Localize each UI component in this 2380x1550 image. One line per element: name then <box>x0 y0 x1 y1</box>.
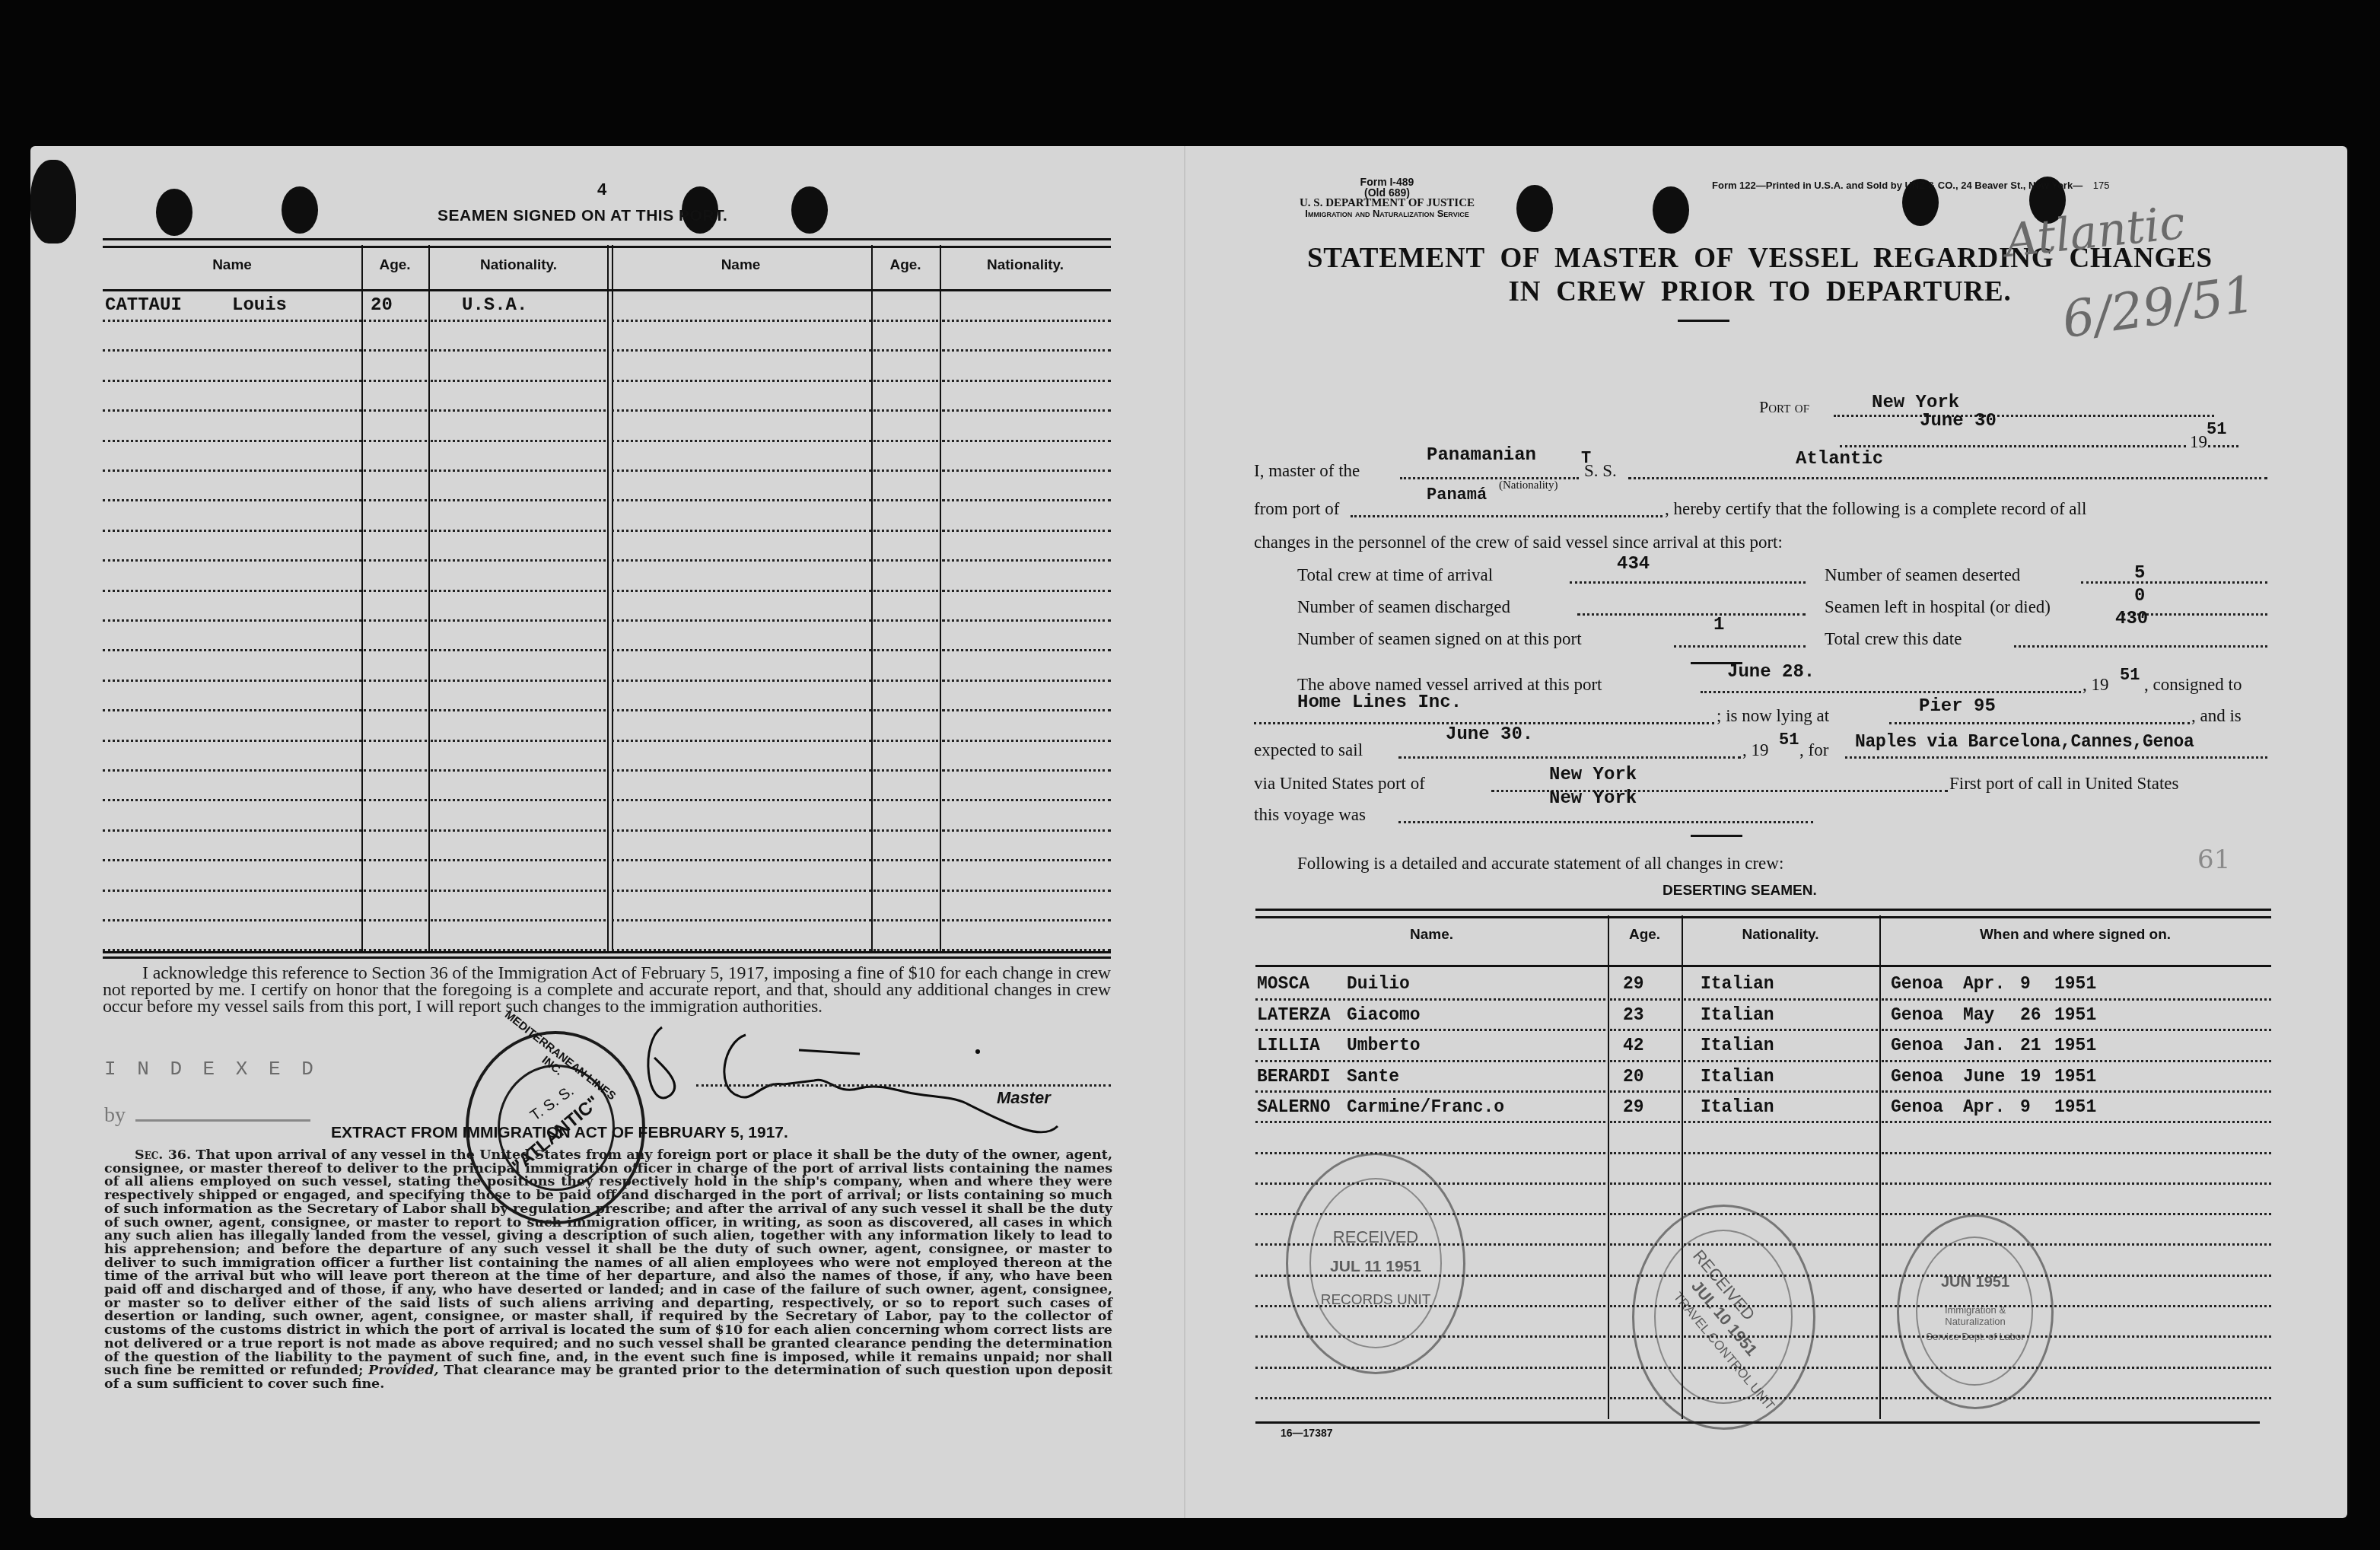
row-rule <box>103 919 361 921</box>
row-rule <box>1882 1060 2271 1062</box>
row-rule <box>873 559 938 562</box>
row-rule <box>1882 998 2271 1001</box>
row-rule <box>431 469 606 472</box>
row-rule <box>873 619 938 622</box>
row-rule <box>431 320 606 322</box>
deserter-surname: BERARDI <box>1257 1067 1331 1087</box>
row-rule <box>1610 1090 1680 1093</box>
row-rule <box>942 859 1111 861</box>
row-rule <box>942 559 1111 562</box>
punch-hole <box>1516 185 1553 232</box>
row-rule <box>431 530 606 532</box>
row-rule <box>103 559 361 562</box>
from-port-line <box>1351 515 1662 517</box>
row-rule <box>873 890 938 892</box>
row-rule <box>364 649 427 651</box>
row-rule <box>103 619 361 622</box>
row-rule <box>942 409 1111 412</box>
consignee-value: Home Lines Inc. <box>1297 692 1462 713</box>
column-header-name: Name <box>103 257 361 274</box>
punch-hole <box>282 186 318 234</box>
row-rule <box>873 740 938 742</box>
footer-code: 16—17387 <box>1281 1427 1333 1439</box>
row-rule <box>1610 1182 1680 1185</box>
row-rule <box>612 440 871 442</box>
deserter-year: 1951 <box>2054 1097 2096 1117</box>
signed-on-section-title: SEAMEN SIGNED ON AT THIS PORT. <box>437 207 727 225</box>
deserter-given-name: Umberto <box>1347 1036 1421 1055</box>
deserter-given-name: Sante <box>1347 1067 1399 1087</box>
stamp-unit: RECORDS UNIT <box>1288 1292 1463 1309</box>
deserter-place: Genoa <box>1891 1097 1943 1117</box>
arrival-year: 51 <box>2120 666 2140 685</box>
row-rule <box>612 320 871 322</box>
column-header-name: Name. <box>1255 927 1608 944</box>
stamp-received: RECEIVED <box>1288 1227 1463 1247</box>
printer-text: Form 122—Printed in U.S.A. and Sold by U… <box>1712 180 2082 191</box>
following-text: Following is a detailed and accurate sta… <box>1297 854 1783 874</box>
lying-label: ; is now lying at <box>1717 706 1829 726</box>
row-rule <box>942 919 1111 921</box>
row-rule <box>103 799 361 801</box>
deserter-surname: MOSCA <box>1257 974 1309 994</box>
row-rule <box>431 499 606 501</box>
row-rule <box>103 469 361 472</box>
row-rule <box>612 530 871 532</box>
row-rule <box>612 499 871 501</box>
extract-body: Sec. 36. That upon arrival of any vessel… <box>104 1149 1112 1392</box>
row-rule <box>103 709 361 711</box>
row-rule <box>1684 1182 1878 1185</box>
row-rule <box>873 859 938 861</box>
indexed-stamp: I N D E X E D <box>104 1058 318 1081</box>
header-rule <box>103 289 1111 291</box>
column-header-signed-on: When and where signed on. <box>1879 927 2271 944</box>
row-rule <box>1684 1152 1878 1154</box>
row-rule <box>1255 1090 1605 1093</box>
column-divider <box>361 245 363 951</box>
for-label: , for <box>1799 740 1828 760</box>
row-rule <box>364 709 427 711</box>
vessel-name: Atlantic <box>1796 449 1883 469</box>
row-rule <box>873 320 938 322</box>
deserter-nationality: Italian <box>1701 1036 1774 1055</box>
row-rule <box>431 559 606 562</box>
deserter-surname: LILLIA <box>1257 1036 1320 1055</box>
deserter-age: 23 <box>1623 1005 1644 1025</box>
arrival-year-prefix: , 19 <box>2082 675 2109 695</box>
column-header-age: Age. <box>1608 927 1682 944</box>
row-rule <box>364 440 427 442</box>
deserter-given-name: Duilio <box>1347 974 1410 994</box>
punch-hole <box>156 189 192 236</box>
deserter-place: Genoa <box>1891 974 1943 994</box>
row-rule <box>873 349 938 352</box>
deserter-given-name: Giacomo <box>1347 1005 1421 1025</box>
and-is-label: , and is <box>2191 706 2242 726</box>
row-rule <box>1684 1121 1878 1123</box>
row-rule <box>103 740 361 742</box>
form-department: U. S. DEPARTMENT OF JUSTICE <box>1254 198 1520 208</box>
row-rule <box>942 499 1111 501</box>
row-rule <box>612 709 871 711</box>
row-rule <box>873 769 938 772</box>
stamp-date: JUN 1951 <box>1899 1274 2051 1291</box>
deserter-day: 21 <box>2020 1036 2041 1055</box>
row-rule <box>873 409 938 412</box>
row-rule <box>1882 1213 2271 1215</box>
master-of-label: I, master of the <box>1254 461 1360 481</box>
row-rule <box>103 409 361 412</box>
row-rule <box>942 769 1111 772</box>
row-rule <box>942 619 1111 622</box>
row-rule <box>942 530 1111 532</box>
row-rule <box>431 919 606 921</box>
row-rule <box>364 380 427 382</box>
row-rule <box>612 769 871 772</box>
deserter-year: 1951 <box>2054 974 2096 994</box>
column-divider <box>1608 915 1609 1419</box>
row-rule <box>942 799 1111 801</box>
row-rule <box>942 440 1111 442</box>
sail-year-prefix: , 19 <box>1742 740 1769 760</box>
deserter-place: Genoa <box>1891 1036 1943 1055</box>
deserter-nationality: Italian <box>1701 1067 1774 1087</box>
stat-line <box>1674 645 1806 648</box>
row-rule <box>364 499 427 501</box>
row-rule <box>612 680 871 682</box>
deserter-month: May <box>1963 1005 1994 1025</box>
deserting-header-rule <box>1255 965 2271 967</box>
vessel-prefix: S. S. <box>1584 461 1617 481</box>
row-rule <box>1882 1182 2271 1185</box>
row-rule <box>873 799 938 801</box>
row-rule <box>873 440 938 442</box>
row-rule <box>612 349 871 352</box>
row-rule <box>431 590 606 592</box>
row-rule <box>103 829 361 832</box>
title-underline <box>1678 320 1729 322</box>
row-rule <box>612 380 871 382</box>
row-rule <box>364 890 427 892</box>
received-stamp-records-unit: RECEIVED JUL 11 1951 RECORDS UNIT <box>1286 1153 1465 1374</box>
table-bottom-rule <box>103 951 1111 959</box>
total-today-value: 430 <box>2115 609 2148 629</box>
form-service: Immigration and Naturalization Service <box>1254 208 1520 219</box>
row-rule <box>103 530 361 532</box>
row-rule <box>612 649 871 651</box>
deserter-nationality: Italian <box>1701 1005 1774 1025</box>
column-divider <box>940 245 941 951</box>
row-rule <box>364 829 427 832</box>
deserter-age: 29 <box>1623 974 1644 994</box>
acknowledgment-text: I acknowledge this reference to Section … <box>103 965 1111 1015</box>
total-today-label: Total crew this date <box>1825 629 1962 649</box>
deserted-value: 5 <box>2134 563 2145 584</box>
row-rule <box>1882 1090 2271 1093</box>
seaman-age: 20 <box>371 295 393 316</box>
sail-line <box>1398 756 1741 759</box>
row-rule <box>612 890 871 892</box>
row-rule <box>612 409 871 412</box>
lying-at-value: Pier 95 <box>1919 696 1996 717</box>
row-rule <box>942 349 1111 352</box>
row-rule <box>103 499 361 501</box>
row-rule <box>1610 1121 1680 1123</box>
row-rule <box>942 829 1111 832</box>
row-rule <box>942 320 1111 322</box>
column-header-age: Age. <box>871 257 940 274</box>
row-rule <box>431 649 606 651</box>
deserter-nationality: Italian <box>1701 1097 1774 1117</box>
row-rule <box>1684 998 1878 1001</box>
row-rule <box>431 619 606 622</box>
punch-hole <box>30 160 76 243</box>
row-rule <box>942 649 1111 651</box>
row-rule <box>364 799 427 801</box>
row-rule <box>1255 1367 1605 1369</box>
destination-value: Naples via Barcelona,Cannes,Genoa <box>1855 732 2194 752</box>
stamp-dept: Service Dept. of Labor <box>1922 1331 2028 1342</box>
signed-on-value: 1 <box>1713 615 1724 635</box>
row-rule <box>364 769 427 772</box>
voyage-line <box>1398 821 1813 823</box>
row-rule <box>364 740 427 742</box>
by-label: by <box>104 1103 310 1128</box>
first-port-value: New York <box>1549 788 1637 809</box>
row-rule <box>103 440 361 442</box>
form-old-number: (Old 689) <box>1254 187 1520 198</box>
row-rule <box>942 380 1111 382</box>
via-label: via United States port of <box>1254 774 1425 794</box>
row-rule <box>873 530 938 532</box>
row-rule <box>103 590 361 592</box>
total-crew-arrival-label: Total crew at time of arrival <box>1297 565 1493 585</box>
row-rule <box>1255 1121 1605 1123</box>
row-rule <box>612 740 871 742</box>
row-rule <box>942 890 1111 892</box>
deserting-section-title: DESERTING SEAMEN. <box>1662 883 1817 899</box>
by-underline <box>135 1119 310 1122</box>
sail-label: expected to sail <box>1254 740 1363 760</box>
row-rule <box>431 349 606 352</box>
deserter-day: 19 <box>2020 1067 2041 1087</box>
from-port-value: Panamá <box>1427 485 1487 504</box>
row-rule <box>612 590 871 592</box>
port-of-label: Port of <box>1759 397 1809 417</box>
printer-line: Form 122—Printed in U.S.A. and Sold by U… <box>1712 180 2109 191</box>
row-rule <box>431 740 606 742</box>
row-rule <box>612 859 871 861</box>
row-rule <box>431 709 606 711</box>
deserted-label: Number of seamen deserted <box>1825 565 2020 585</box>
row-rule <box>942 469 1111 472</box>
row-rule <box>103 859 361 861</box>
row-rule <box>431 829 606 832</box>
deserter-day: 9 <box>2020 1097 2031 1117</box>
first-port-label: First port of call in United States <box>1949 774 2179 794</box>
vessel-nationality: Panamanian <box>1427 445 1536 466</box>
stat-line <box>1577 613 1806 616</box>
row-rule <box>873 680 938 682</box>
row-rule <box>873 590 938 592</box>
row-rule <box>942 740 1111 742</box>
row-rule <box>1610 1152 1680 1154</box>
seaman-surname: CATTAUI <box>105 295 182 316</box>
deserter-surname: LATERZA <box>1257 1005 1331 1025</box>
row-rule <box>364 680 427 682</box>
row-rule <box>364 409 427 412</box>
row-rule <box>1882 1121 2271 1123</box>
deserter-year: 1951 <box>2054 1005 2096 1025</box>
deserter-age: 20 <box>1623 1067 1644 1087</box>
row-rule <box>364 349 427 352</box>
page-number: 4 <box>597 180 606 199</box>
arrival-line <box>1701 691 2081 693</box>
row-rule <box>103 649 361 651</box>
row-rule <box>103 769 361 772</box>
row-rule <box>1882 1029 2271 1031</box>
row-rule <box>1255 1029 1605 1031</box>
row-rule <box>612 919 871 921</box>
deserter-year: 1951 <box>2054 1067 2096 1087</box>
via-port-value: New York <box>1549 765 1637 785</box>
row-rule <box>873 709 938 711</box>
deserter-day: 9 <box>2020 974 2031 994</box>
certify-text: , hereby certify that the following is a… <box>1665 499 2086 519</box>
signed-on-label: Number of seamen signed on at this port <box>1297 629 1582 649</box>
row-rule <box>1255 1152 1605 1154</box>
port-line <box>1834 415 2214 417</box>
extract-body-text: That upon arrival of any vessel in the U… <box>104 1147 1112 1378</box>
stat-line <box>1570 581 1806 584</box>
port-value: New York <box>1872 393 1959 413</box>
discharged-label: Number of seamen discharged <box>1297 597 1510 617</box>
row-rule <box>1610 998 1680 1001</box>
row-rule <box>873 649 938 651</box>
row-rule <box>1684 1060 1878 1062</box>
stat-line <box>2014 645 2267 648</box>
column-header-nationality: Nationality. <box>428 257 609 274</box>
deserter-surname: SALERNO <box>1257 1097 1331 1117</box>
row-rule <box>103 349 361 352</box>
row-rule <box>1610 1029 1680 1031</box>
form-block: Form I-489 (Old 689) U. S. DEPARTMENT OF… <box>1254 177 1520 219</box>
row-rule <box>1255 1060 1605 1062</box>
deserter-month: Apr. <box>1963 1097 2005 1117</box>
row-rule <box>364 320 427 322</box>
column-header-nationality: Nationality. <box>1682 927 1879 944</box>
received-stamp-travel-control: RECEIVED JUL 10 1951 TRAVEL CONTROL UNIT <box>1632 1205 1815 1430</box>
deserter-month: Apr. <box>1963 974 2005 994</box>
row-rule <box>364 919 427 921</box>
row-rule <box>1684 1029 1878 1031</box>
row-rule <box>612 799 871 801</box>
deserter-month: Jan. <box>1963 1036 2005 1055</box>
row-rule <box>431 799 606 801</box>
row-rule <box>431 680 606 682</box>
year-prefix: 19 <box>2190 432 2207 452</box>
nationality-caption: (Nationality) <box>1499 479 1557 492</box>
row-rule <box>612 829 871 832</box>
row-rule <box>431 769 606 772</box>
destination-line <box>1845 756 2267 759</box>
row-rule <box>1255 1397 1605 1399</box>
extract-title: EXTRACT FROM IMMIGRATION ACT OF FEBRUARY… <box>331 1124 788 1142</box>
sail-date: June 30. <box>1446 724 1533 745</box>
deserter-place: Genoa <box>1891 1005 1943 1025</box>
sail-year: 51 <box>1779 730 1799 750</box>
stat-line <box>2081 581 2267 584</box>
deserter-year: 1951 <box>2054 1036 2096 1055</box>
year-line <box>2208 445 2238 447</box>
row-rule <box>942 680 1111 682</box>
seaman-nationality: U.S.A. <box>462 295 527 316</box>
from-port-label: from port of <box>1254 499 1339 519</box>
row-rule <box>873 469 938 472</box>
deserter-given-name: Carmine/Franc.o <box>1347 1097 1504 1117</box>
deserter-nationality: Italian <box>1701 974 1774 994</box>
statement-date: June 30 <box>1920 411 1997 431</box>
row-rule <box>103 380 361 382</box>
punch-hole <box>791 186 828 234</box>
column-header-nationality: Nationality. <box>940 257 1111 274</box>
row-rule <box>612 469 871 472</box>
row-rule <box>1610 1060 1680 1062</box>
pencil-number: 61 <box>2197 845 2230 875</box>
row-rule <box>942 590 1111 592</box>
section-divider <box>1691 835 1742 837</box>
row-rule <box>431 440 606 442</box>
consigned-label: , consigned to <box>2144 675 2242 695</box>
stamp-date: JUL 11 1951 <box>1288 1258 1463 1276</box>
seaman-given-name: Louis <box>232 295 287 316</box>
row-rule <box>431 890 606 892</box>
punch-hole <box>1653 186 1689 234</box>
vessel-name-line <box>1628 477 2267 479</box>
row-rule <box>1882 1152 2271 1154</box>
voyage-label: this voyage was <box>1254 805 1366 825</box>
row-rule <box>431 409 606 412</box>
row-rule <box>873 919 938 921</box>
by-text: by <box>104 1103 126 1127</box>
lying-line <box>1889 722 2190 724</box>
column-header-age: Age. <box>361 257 428 274</box>
row-rule <box>364 559 427 562</box>
column-divider <box>871 245 873 951</box>
row-rule <box>873 829 938 832</box>
master-label: Master <box>997 1088 1051 1108</box>
row-rule <box>942 709 1111 711</box>
page-fold-line <box>1184 146 1185 1518</box>
row-rule <box>364 859 427 861</box>
form-number: Form I-489 <box>1254 177 1520 187</box>
deserter-place: Genoa <box>1891 1067 1943 1087</box>
row-rule <box>364 530 427 532</box>
row-rule <box>1684 1090 1878 1093</box>
deserter-day: 26 <box>2020 1005 2041 1025</box>
column-divider <box>428 245 430 951</box>
row-rule <box>612 559 871 562</box>
row-rule <box>431 380 606 382</box>
column-divider <box>1879 915 1881 1419</box>
statement-year: 51 <box>2207 420 2226 439</box>
row-rule <box>364 619 427 622</box>
changes-text: changes in the personnel of the crew of … <box>1254 533 1783 552</box>
signature-line <box>696 1084 1111 1087</box>
row-rule <box>364 590 427 592</box>
row-rule <box>873 380 938 382</box>
